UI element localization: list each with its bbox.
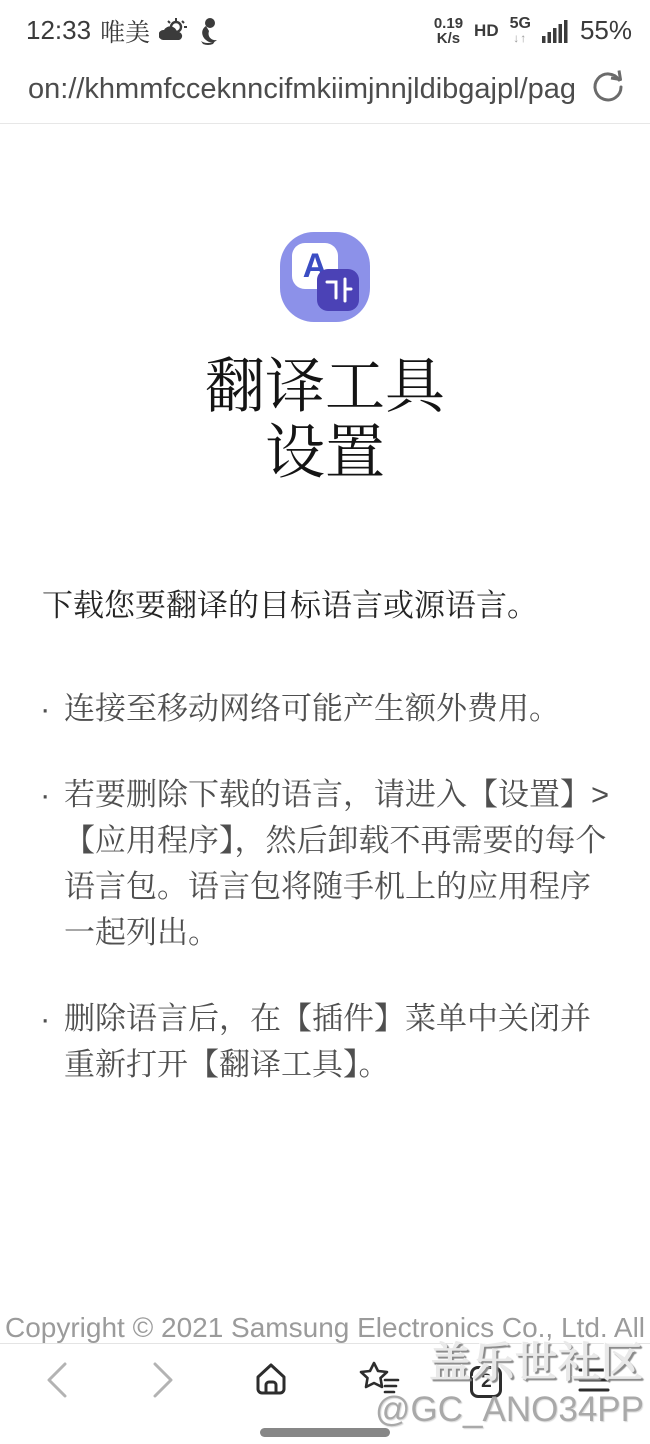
tabs-button[interactable]: 2 xyxy=(464,1360,508,1404)
forward-button[interactable] xyxy=(142,1360,186,1404)
list-item: · 删除语言后，在【插件】菜单中关闭并重新打开【翻译工具】。 xyxy=(40,996,610,1088)
carrier-label: 唯美 xyxy=(100,13,150,49)
mascot-icon xyxy=(198,17,220,45)
chevron-right-icon xyxy=(151,1360,177,1405)
instruction-list: · 连接至移动网络可能产生额外费用。 · 若要删除下载的语言，请进入【设置】>【… xyxy=(40,686,610,1088)
star-list-icon xyxy=(357,1360,401,1405)
status-bar: 12:33 唯美 0.19 K/s HD xyxy=(0,0,650,55)
home-button[interactable] xyxy=(249,1360,293,1404)
copyright-text: Copyright © 2021 Samsung Electronics Co.… xyxy=(0,1312,650,1343)
weather-icon xyxy=(159,18,189,44)
refresh-icon xyxy=(589,68,627,111)
menu-button[interactable] xyxy=(572,1360,616,1404)
intro-paragraph: 下载您要翻译的目标语言或源语言。 xyxy=(42,584,608,628)
url-bar: on://khmmfcceknncifmkiimjnnjldibgajpl/pa… xyxy=(0,55,650,124)
translator-app-icon: A xyxy=(280,232,370,322)
signal-strength-icon xyxy=(542,19,569,43)
refresh-button[interactable] xyxy=(588,69,628,109)
clock: 12:33 xyxy=(26,15,91,46)
menu-icon xyxy=(576,1364,612,1401)
tab-count: 2 xyxy=(481,1371,492,1393)
url-input[interactable]: on://khmmfcceknncifmkiimjnnjldibgajpl/pa… xyxy=(28,73,574,106)
list-item: · 连接至移动网络可能产生额外费用。 xyxy=(40,686,610,732)
network-type-indicator: 5G ↓↑ xyxy=(510,17,531,45)
list-item: · 若要删除下载的语言，请进入【设置】>【应用程序】，然后卸载不再需要的每个语言… xyxy=(40,772,610,956)
home-icon xyxy=(250,1359,292,1406)
page-content: A 翻译工具 设置 下载您要翻译的目标语言或源语言。 · 连接至移动网络可能产生… xyxy=(0,124,650,1343)
gesture-bar[interactable] xyxy=(260,1428,390,1437)
back-button[interactable] xyxy=(34,1360,78,1404)
network-speed: 0.19 K/s xyxy=(434,16,463,46)
ga-glyph xyxy=(323,276,353,304)
battery-percent: 55% xyxy=(580,15,632,46)
tabs-icon: 2 xyxy=(470,1366,502,1398)
chevron-left-icon xyxy=(43,1360,69,1405)
page-title: 翻译工具 设置 xyxy=(0,354,650,486)
hangul-letter-tile xyxy=(317,269,359,311)
hd-indicator: HD xyxy=(474,21,499,41)
bookmarks-button[interactable] xyxy=(357,1360,401,1404)
